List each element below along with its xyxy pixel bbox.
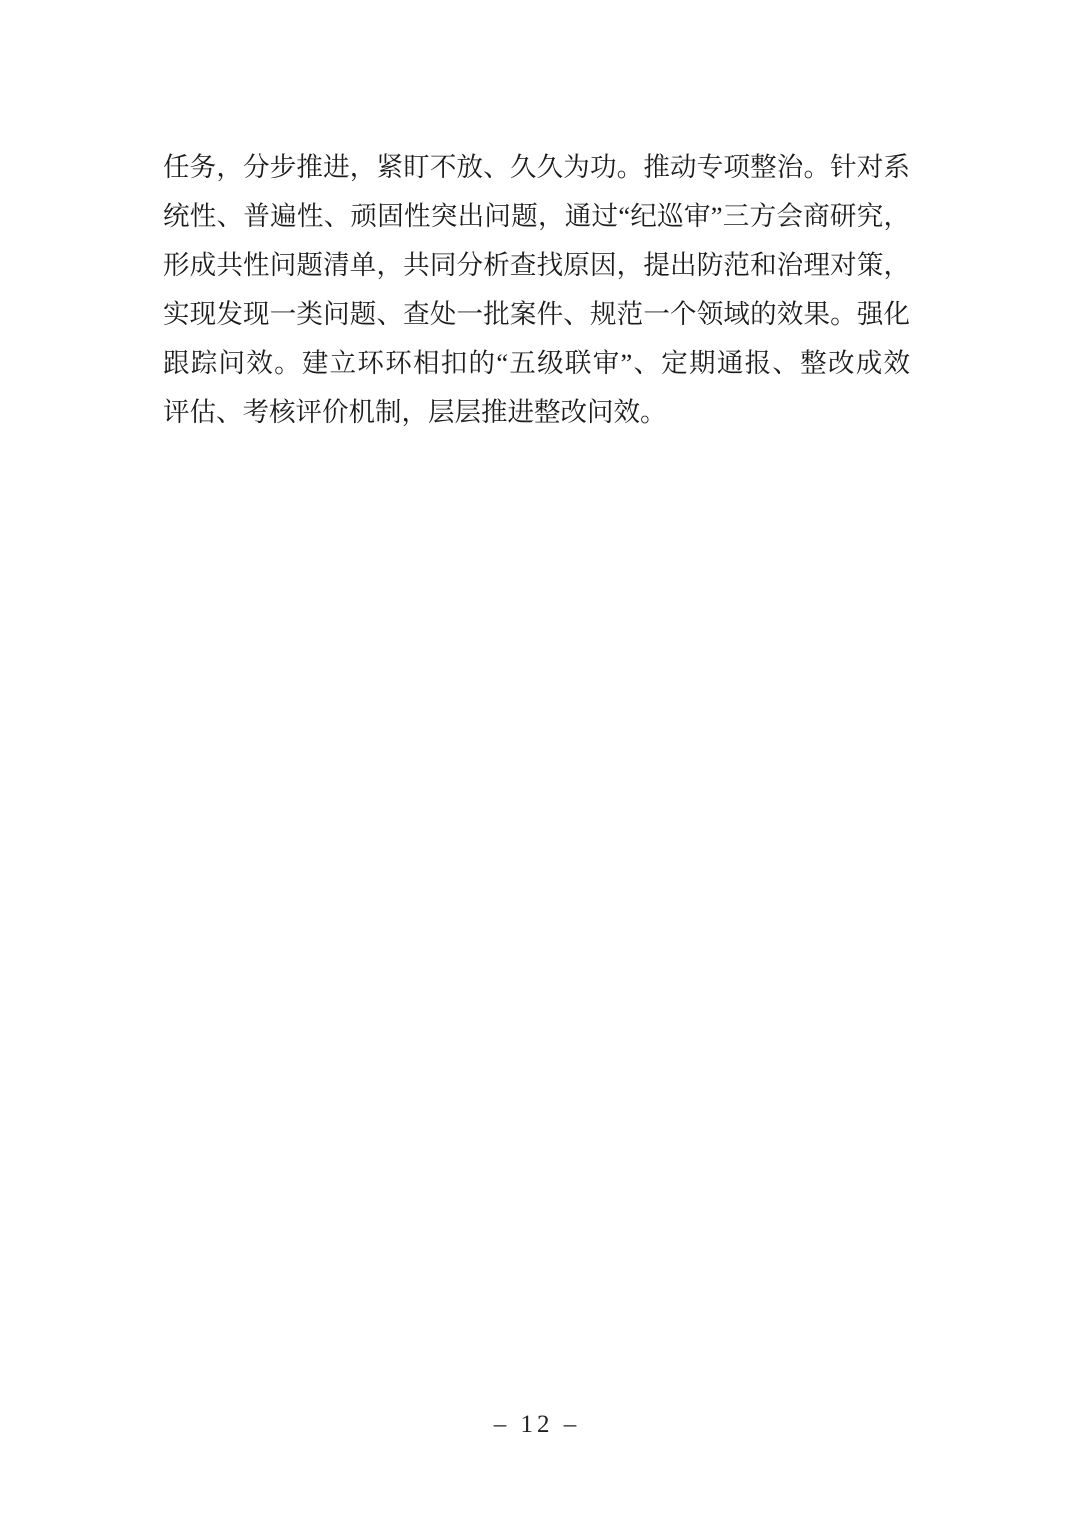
paragraph-line-2: 统性、普遍性、顽固性突出问题，通过“纪巡审”三方会商研究， — [163, 192, 910, 241]
body-paragraph: 任务，分步推进，紧盯不放、久久为功。推动专项整治。针对系 统性、普遍性、顽固性突… — [163, 143, 910, 437]
document-page: 任务，分步推进，紧盯不放、久久为功。推动专项整治。针对系 统性、普遍性、顽固性突… — [0, 0, 1074, 1520]
page-number: – 12 – — [494, 1411, 581, 1438]
paragraph-line-3: 形成共性问题清单，共同分析查找原因，提出防范和治理对策， — [163, 241, 910, 290]
paragraph-line-1: 任务，分步推进，紧盯不放、久久为功。推动专项整治。针对系 — [163, 143, 910, 192]
page-footer: – 12 – — [0, 1410, 1074, 1440]
paragraph-line-6: 评估、考核评价机制，层层推进整改问效。 — [163, 388, 910, 437]
paragraph-line-5: 跟踪问效。建立环环相扣的“五级联审”、定期通报、整改成效 — [163, 339, 910, 388]
paragraph-line-4: 实现发现一类问题、查处一批案件、规范一个领域的效果。强化 — [163, 290, 910, 339]
